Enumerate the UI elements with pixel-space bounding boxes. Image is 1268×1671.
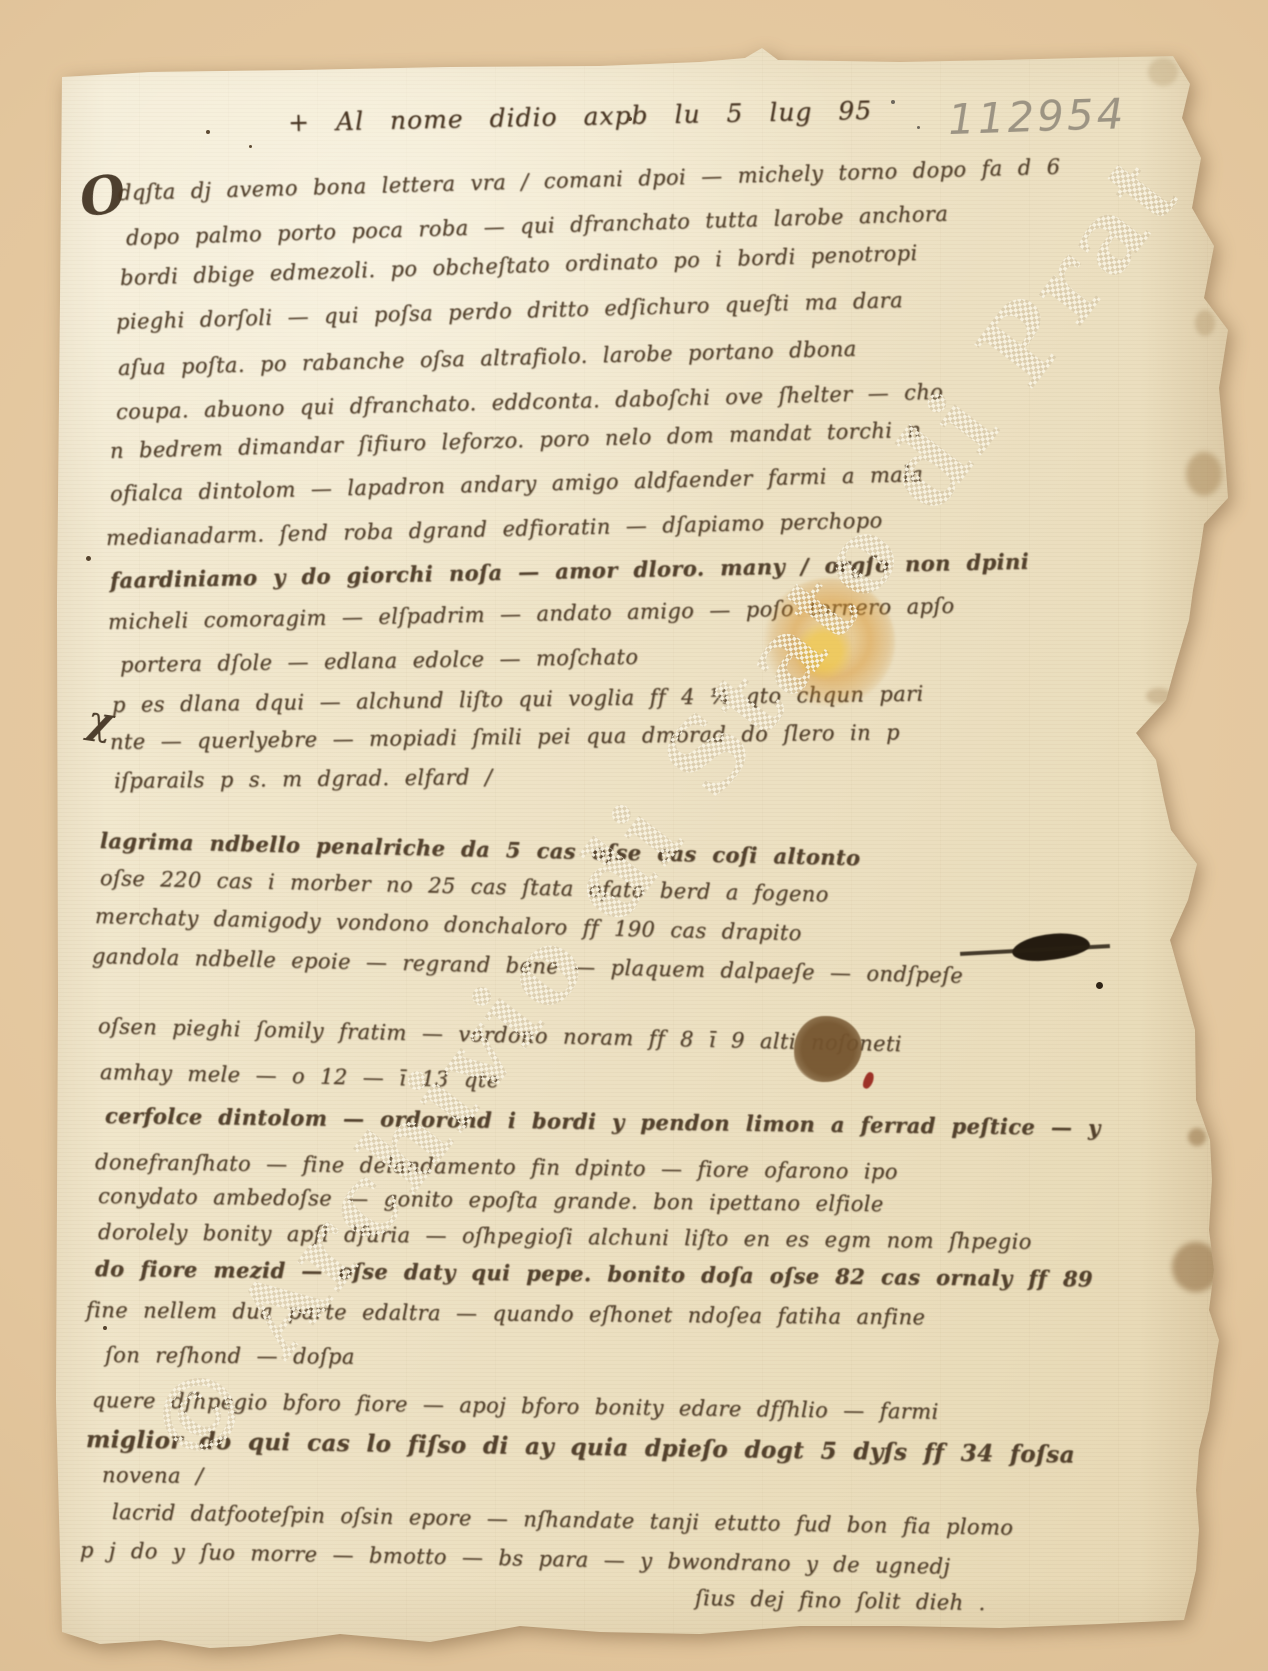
manuscript-line-5: aſua poſta. po rabanche oſsa altrafiolo.… xyxy=(118,339,857,379)
red-ink-mark xyxy=(861,1071,876,1090)
manuscript-line-2: dopo palmo porto poca roba — qui dfranch… xyxy=(126,204,949,249)
manuscript-content: + Al nome didio axpb lu 5 lug 95 112954 … xyxy=(0,0,1268,1671)
right-edge-spot xyxy=(1195,310,1215,336)
ink-speck-5 xyxy=(103,1326,107,1330)
manuscript-line-23: donefranſhato — fine delandamento fin dp… xyxy=(95,1152,898,1183)
ink-blot-strike-line xyxy=(960,944,1110,956)
scanned-document-page: + Al nome didio axpb lu 5 lug 95 112954 … xyxy=(0,0,1268,1671)
ink-blot-crossout xyxy=(1011,931,1091,964)
manuscript-line-8: ofialca dintolom — lapadron andary amigo… xyxy=(110,464,924,505)
manuscript-line-25: dorolely bonity apſi dfuria — oſhpegioſi… xyxy=(98,1222,1032,1253)
ink-speck-2 xyxy=(249,145,252,148)
archive-number-pencil-stamp: 112954 xyxy=(947,89,1127,144)
manuscript-line-4: pieghi dorſoli — qui poſsa perdo dritto … xyxy=(116,290,904,333)
manuscript-line-24: conydato ambedoſse — gonito epoſta grand… xyxy=(98,1186,884,1215)
manuscript-line-16: lagrima ndbello penalriche da 5 cas oſse… xyxy=(100,830,861,868)
manuscript-line-22: cerfolce dintolom — ordorond i bordi y p… xyxy=(105,1105,1101,1138)
pencil-speck-2 xyxy=(917,126,920,129)
manuscript-line-34: ſius dej fino ſolit dieh . xyxy=(695,1588,986,1614)
pencil-speck-1 xyxy=(891,100,895,104)
manuscript-line-7: n bedrem dimandar ſifiuro leforzo. poro … xyxy=(110,420,922,462)
right-edge-stain-small xyxy=(1188,1128,1206,1146)
manuscript-line-18: merchaty damigody vondono donchaloro ff … xyxy=(95,906,802,944)
manuscript-paper-sheet: + Al nome didio axpb lu 5 lug 95 112954 … xyxy=(50,48,1230,1648)
manuscript-line-3: bordi dbige edmezoli. po obcheſtato ordi… xyxy=(120,243,918,289)
manuscript-line-9: medianadarm. ſend roba dgrand edfioratin… xyxy=(106,510,883,549)
manuscript-line-6: coupa. abuono qui dfranchato. eddconta. … xyxy=(116,382,944,423)
manuscript-line-32: lacrid datfooteſpin oſsin epore — nſhand… xyxy=(112,1502,1014,1539)
paper-torn-sheet: + Al nome didio axpb lu 5 lug 95 112954 … xyxy=(50,48,1230,1648)
right-edge-stain-lower xyxy=(1172,1242,1220,1292)
manuscript-line-15: iſparails p s. m dgrad. elfard / xyxy=(114,767,493,792)
ink-dot xyxy=(1096,982,1103,989)
right-edge-tideline xyxy=(1146,688,1172,704)
manuscript-line-33: p j do y ſuo morre — bmotto — bs para — … xyxy=(80,1540,951,1578)
ink-speck-4 xyxy=(86,556,91,561)
ink-speck-3 xyxy=(628,117,632,121)
right-edge-stain-upper xyxy=(1186,452,1222,496)
manuscript-line-17: oſse 220 cas i morber no 25 cas ſtata of… xyxy=(100,868,829,906)
manuscript-line-12: portera dſole — edlana edolce — moſchato xyxy=(120,647,639,676)
invocation-date-header: + Al nome didio axpb lu 5 lug 95 xyxy=(288,96,873,137)
ink-speck-1 xyxy=(206,130,210,134)
manuscript-line-1: dqſta dj avemo bona lettera vra / comani… xyxy=(118,157,1061,204)
